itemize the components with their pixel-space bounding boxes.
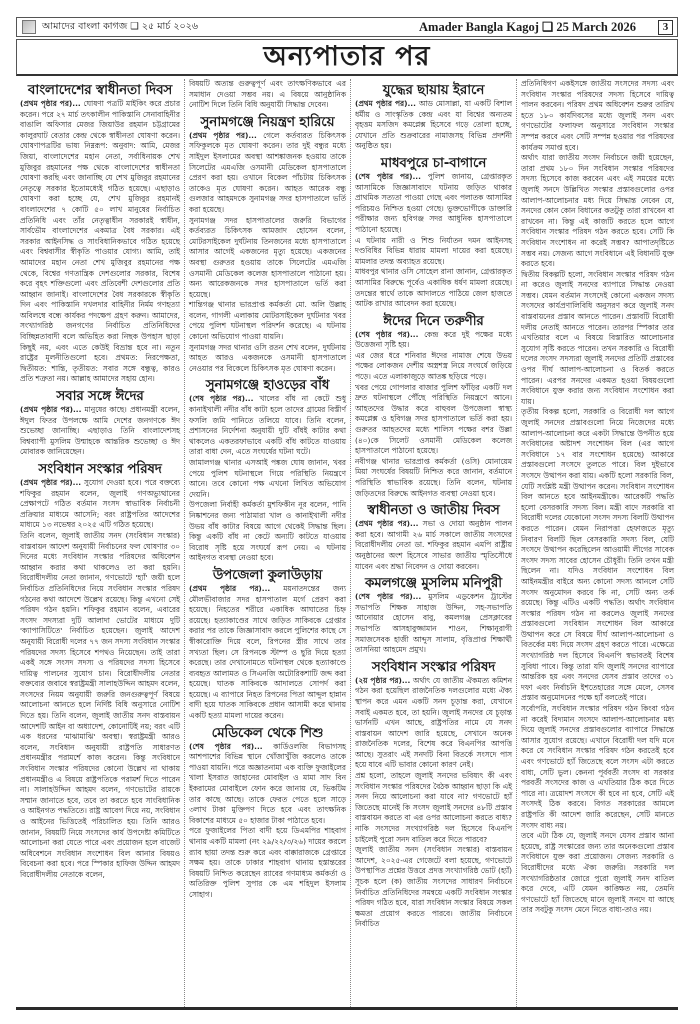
paragraph-text: খবর পেয়ে গোপলার বাজার পুলিশ ফাঁড়ির একট… <box>355 383 512 456</box>
paragraph-text: ঘোষণা পত্রটি মাইকিং করে প্রচার করেন। পরে… <box>20 99 180 383</box>
article-paragraph: (প্রথম পৃষ্ঠার পর)... ময়নাতদন্তের জন্য … <box>189 584 346 722</box>
paragraph-text: দ্বিতীয় বিকল্পটি হলো, সংবিধান সংস্কার প… <box>521 270 674 406</box>
paragraph-text: বিষয়টি অত্যন্ত গুরুত্বপূর্ণ এবং তাৎক্ষণ… <box>189 79 346 109</box>
paragraph-text: মাধবপুর থানার ওসি সোহেল রানা জানান, গ্রে… <box>355 267 512 308</box>
article: বিষয়টি অত্যন্ত গুরুত্বপূর্ণ এবং তাৎক্ষণ… <box>189 79 346 111</box>
article-headline: সবার সঙ্গে ঈদের <box>20 388 180 404</box>
article-paragraph: এ ঘটনায় নারী ও শিশু নির্যাতন দমন আইনসহ … <box>355 236 512 268</box>
article-headline: স্বাধীনতা ও জাতীয় দিবস <box>355 502 512 518</box>
article-paragraph: মাধবপুর থানার ওসি সোহেল রানা জানান, গ্রে… <box>355 267 512 309</box>
article-headline: কমলগঞ্জে মুসলিম মনিপুরী <box>355 575 512 591</box>
article-headline: সুনামগঞ্জে হাওড়ের বাঁধ <box>189 377 346 393</box>
article-headline: মেডিকেল থেকে শিশু <box>189 725 346 741</box>
article-paragraph: (প্রথম পৃষ্ঠার পর)... ঘোষণা পত্রটি মাইকি… <box>20 99 180 385</box>
paragraph-text: পুলিশ জানায়, গ্রেপ্তারকৃত আসামিকে জিজ্ঞ… <box>355 172 512 234</box>
article-paragraph: খবর পেয়ে গোপলার বাজার পুলিশ ফাঁড়ির একট… <box>355 383 512 457</box>
paragraph-text: জামালগঞ্জ থানার এসআই পঙ্কজ ঘোষ জানান, খব… <box>189 458 346 499</box>
article: মাধবপুরে চা-বাগানে(শেষ পৃষ্ঠার পর)... পু… <box>355 155 512 310</box>
article: মেডিকেল থেকে শিশু(শেষ পৃষ্ঠার পর)... কার… <box>189 725 346 901</box>
article-headline: ঈদের দিনে তরুণীর <box>355 313 512 329</box>
newspaper-logo-icon <box>22 20 36 34</box>
article-headline: বাংলাদেশের স্বাধীনতা দিবস <box>20 82 180 98</box>
continuation-lead: (প্রথম পৃষ্ঠার পর)... <box>189 131 257 140</box>
article-paragraph: (প্রথম পৃষ্ঠার পর)... আড মোসাল্লা, যা এক… <box>355 99 512 152</box>
article: স্বাধীনতা ও জাতীয় দিবস(প্রথম পৃষ্ঠার পর… <box>355 502 512 572</box>
continuation-lead: (শেষ পৃষ্ঠার পর)... <box>355 172 421 181</box>
article: কমলগঞ্জে মুসলিম মনিপুরী(শেষ পৃষ্ঠার পর).… <box>355 575 512 656</box>
article: সংবিধান সংস্কার পরিষদ(২য় পৃষ্ঠার পর)...… <box>355 659 512 930</box>
article-paragraph: দ্বিতীয় বিকল্পটি হলো, সংবিধান সংস্কার প… <box>521 270 674 408</box>
article: বাংলাদেশের স্বাধীনতা দিবস(প্রথম পৃষ্ঠার … <box>20 82 180 385</box>
paragraph-text: সর্বোপরি, সংবিধান সংস্কার পরিষদ গঠন কিংব… <box>521 704 674 830</box>
article-paragraph: জামালগঞ্জ থানার এসআই পঙ্কজ ঘোষ জানান, খব… <box>189 458 346 500</box>
article-headline: মাধবপুরে চা-বাগানে <box>355 155 512 171</box>
article-paragraph: (শেষ পৃষ্ঠার পর)... খালের বাঁধ না কেটে শ… <box>189 394 346 458</box>
bangla-title-date: আমাদের বাংলা কাগজ ❑ ২৫ মার্চ ২০২৬ <box>42 20 198 35</box>
article-paragraph: অর্থাৎ যারা জাতীয় সংসদ নির্বাচনে জয়ী হ… <box>521 153 674 270</box>
continuation-lead: (প্রথম পৃষ্ঠার পর)... <box>355 519 418 528</box>
paragraph-text: এ ঘটনায় নারী ও শিশু নির্যাতন দমন আইনসহ … <box>355 236 512 266</box>
article: উপজেলা কুলাউড়ায়(প্রথম পৃষ্ঠার পর)... ম… <box>189 567 346 722</box>
column-4: প্রতিনিধিগণ একইসঙ্গে জাতীয় সংসদের সদস্য… <box>516 79 678 1009</box>
continuation-lead: (২য় পৃষ্ঠার পর)... <box>355 676 410 685</box>
article-paragraph: সুনামগঞ্জ সদর থানার ওসি রতন শেখ বলেন, দু… <box>189 343 346 375</box>
article-headline: সুনামগঞ্জে নিয়ন্ত্রণ হারিয়ে <box>189 114 346 130</box>
article-paragraph: (প্রথম পৃষ্ঠার পর)... মানুষের কাছে। প্রধ… <box>20 405 180 458</box>
article: সুনামগঞ্জে নিয়ন্ত্রণ হারিয়ে(প্রথম পৃষ্… <box>189 114 346 375</box>
continuation-lead: (প্রথম পৃষ্ঠার পর)... <box>355 99 416 108</box>
article-paragraph: বিষয়টি অত্যন্ত গুরুত্বপূর্ণ এবং তাৎক্ষণ… <box>189 79 346 111</box>
english-title-date: Amader Bangla Kagoj ❑ 25 March 2026 <box>419 19 636 35</box>
article-paragraph: সর্বোপরি, সংবিধান সংস্কার পরিষদ গঠন কিংব… <box>521 704 674 831</box>
article-paragraph: (প্রথম পৃষ্ঠার পর)... গেলে কর্তব্যরত চিক… <box>189 131 346 216</box>
page-number: 3 <box>658 20 673 35</box>
article-paragraph: উপজেলা নির্বাহী কর্মকর্তা মুশফিকীন নূর ব… <box>189 500 346 564</box>
article-headline: যুদ্ধের ছায়ায় ইরানে <box>355 82 512 98</box>
article: সবার সঙ্গে ঈদের(প্রথম পৃষ্ঠার পর)... মান… <box>20 388 180 458</box>
article-paragraph: তিনি বলেন, জুলাই জাতীয় সনদ (সংবিধান সংস… <box>20 531 180 881</box>
article-paragraph: (শেষ পৃষ্ঠার পর)... কার্ডিওলজি বিভাগসহ আ… <box>189 742 346 827</box>
column-3: যুদ্ধের ছায়ায় ইরানে(প্রথম পৃষ্ঠার পর).… <box>350 79 516 1009</box>
article-paragraph: এর জের ধরে শনিবার ঈদের নামাজ শেষে উভয় প… <box>355 351 512 383</box>
continuation-lead: (শেষ পৃষ্ঠার পর)... <box>355 592 421 601</box>
article-paragraph: পরে ফুজাইলের পিতা বাদী হয়ে ডিএমপির শাহব… <box>189 826 346 900</box>
article-paragraph: তৃতীয় বিকল্প হলো, সরকারি ও বিরোধী দল আগ… <box>521 407 674 704</box>
article-paragraph: তবে এটা ঠিক যে, জুলাই সনদে যেসব প্রস্তাব… <box>521 831 674 916</box>
paragraph-text: প্রশ্ন হলো, তাহলে জুলাই সনদের ভবিষ্যৎ কী… <box>355 771 512 844</box>
paragraph-text: সুনামগঞ্জ সদর থানার ওসি রতন শেখ বলেন, দু… <box>189 343 346 373</box>
paragraph-text: মুসলিম এডুকেশন ট্রাস্টের সভাপতি শিক্ষক স… <box>355 592 512 654</box>
article: সুনামগঞ্জে হাওড়ের বাঁধ(শেষ পৃষ্ঠার পর).… <box>189 377 346 564</box>
article-paragraph: (প্রথম পৃষ্ঠার পর)... সুযোগ দেওয়া হবে। … <box>20 478 180 531</box>
article-paragraph: (শেষ পৃষ্ঠার পর)... পুলিশ জানায়, গ্রেপ্… <box>355 172 512 236</box>
article: যুদ্ধের ছায়ায় ইরানে(প্রথম পৃষ্ঠার পর).… <box>355 82 512 152</box>
article: প্রতিনিধিগণ একইসঙ্গে জাতীয় সংসদের সদস্য… <box>521 79 674 916</box>
section-title: অন্যপাতার পর <box>16 39 678 76</box>
paragraph-text: শান্তিগঞ্জ থানার ভারপ্রাপ্ত কর্মকর্তা মো… <box>189 300 346 341</box>
continuation-lead: (শেষ পৃষ্ঠার পর)... <box>189 742 263 751</box>
paragraph-text: পরে ফুজাইলের পিতা বাদী হয়ে ডিএমপির শাহব… <box>189 826 346 899</box>
continuation-lead: (প্রথম পৃষ্ঠার পর)... <box>20 405 81 414</box>
masthead-bar: আমাদের বাংলা কাগজ ❑ ২৫ মার্চ ২০২৬ Amader… <box>16 17 678 37</box>
newspaper-page: আমাদের বাংলা কাগজ ❑ ২৫ মার্চ ২০২৬ Amader… <box>16 17 678 1007</box>
paragraph-text: খালের বাঁধ না কেটে শুধু কানাইখালী নদীর ব… <box>189 394 346 456</box>
continuation-lead: (প্রথম পৃষ্ঠার পর)... <box>20 99 81 108</box>
paragraph-text: অর্থাৎ যারা জাতীয় সংসদ নির্বাচনে জয়ী হ… <box>521 153 674 268</box>
article-headline: সংবিধান সংস্কার পরিষদ <box>355 659 512 675</box>
article-paragraph: প্রতিনিধিগণ একইসঙ্গে জাতীয় সংসদের সদস্য… <box>521 79 674 153</box>
article-headline: উপজেলা কুলাউড়ায় <box>189 567 346 583</box>
article: সংবিধান সংস্কার পরিষদ(প্রথম পৃষ্ঠার পর).… <box>20 461 180 881</box>
article-paragraph: (শেষ পৃষ্ঠার পর)... কেন্দ্র করে দুই পক্ষ… <box>355 330 512 351</box>
continuation-lead: (প্রথম পৃষ্ঠার পর)... <box>20 478 81 487</box>
article-paragraph: (প্রথম পৃষ্ঠার পর)... সভা ও দোয়া অনুষ্ঠ… <box>355 519 512 572</box>
paragraph-text: তৃতীয় বিকল্প হলো, সরকারি ও বিরোধী দল আগ… <box>521 407 674 702</box>
paragraph-text: তবে এটা ঠিক যে, জুলাই সনদে যেসব প্রস্তাব… <box>521 831 674 914</box>
paragraph-text: তিনি বলেন, জুলাই জাতীয় সনদ (সংবিধান সংস… <box>20 531 180 879</box>
paragraph-text: কার্ডিওলজি বিভাগসহ আশপাশের বিভিন্ন স্থান… <box>189 742 346 825</box>
article-paragraph: নবীগঞ্জ থানার ভারপ্রাপ্ত কর্মকর্তা (ওসি)… <box>355 457 512 499</box>
paragraph-text: গেলে কর্তব্যরত চিকিৎসক সফিকুলকে মৃত ঘোষণ… <box>189 131 346 214</box>
paragraph-text: প্রতিনিধিগণ একইসঙ্গে জাতীয় সংসদের সদস্য… <box>521 79 674 152</box>
article-paragraph: প্রশ্ন হলো, তাহলে জুলাই সনদের ভবিষ্যৎ কী… <box>355 771 512 845</box>
article-headline: সংবিধান সংস্কার পরিষদ <box>20 461 180 477</box>
paragraph-text: নবীগঞ্জ থানার ভারপ্রাপ্ত কর্মকর্তা (ওসি)… <box>355 457 512 498</box>
article-paragraph: জুলাই জাতীয় সনদ (সংবিধান সংস্কার) বাস্ত… <box>355 845 512 930</box>
article-paragraph: সুনামগঞ্জ সদর হাসপাতালের জরুরি বিভাগের ক… <box>189 216 346 301</box>
bottom-rule <box>16 1007 678 1010</box>
article: ঈদের দিনে তরুণীর(শেষ পৃষ্ঠার পর)... কেন্… <box>355 313 512 500</box>
paragraph-text: এর জের ধরে শনিবার ঈদের নামাজ শেষে উভয় প… <box>355 351 512 381</box>
continuation-lead: (শেষ পৃষ্ঠার পর)... <box>355 330 418 339</box>
paragraph-text: জুলাই জাতীয় সনদ (সংবিধান সংস্কার) বাস্ত… <box>355 845 512 928</box>
paragraph-text: সুনামগঞ্জ সদর হাসপাতালের জরুরি বিভাগের ক… <box>189 216 346 299</box>
paragraph-text: উপজেলা নির্বাহী কর্মকর্তা মুশফিকীন নূর ব… <box>189 500 346 562</box>
paragraph-text: ময়নাতদন্তের জন্য মৌলভীবাজার সদর হাসপাতা… <box>189 584 346 720</box>
article-paragraph: শান্তিগঞ্জ থানার ভারপ্রাপ্ত কর্মকর্তা মো… <box>189 300 346 342</box>
paragraph-text: অর্থাৎ যে জাতীয় ঐকমত্য কমিশন গঠন করা হয… <box>355 676 512 770</box>
article-paragraph: (২য় পৃষ্ঠার পর)... অর্থাৎ যে জাতীয় ঐকম… <box>355 676 512 771</box>
continuation-lead: (প্রথম পৃষ্ঠার পর)... <box>189 584 270 593</box>
column-1: বাংলাদেশের স্বাধীনতা দিবস(প্রথম পৃষ্ঠার … <box>16 79 184 1009</box>
article-columns: বাংলাদেশের স্বাধীনতা দিবস(প্রথম পৃষ্ঠার … <box>16 79 678 1009</box>
continuation-lead: (শেষ পৃষ্ঠার পর)... <box>189 394 253 403</box>
article-paragraph: (শেষ পৃষ্ঠার পর)... মুসলিম এডুকেশন ট্রাস… <box>355 592 512 656</box>
column-2: বিষয়টি অত্যন্ত গুরুত্বপূর্ণ এবং তাৎক্ষণ… <box>184 79 350 1009</box>
